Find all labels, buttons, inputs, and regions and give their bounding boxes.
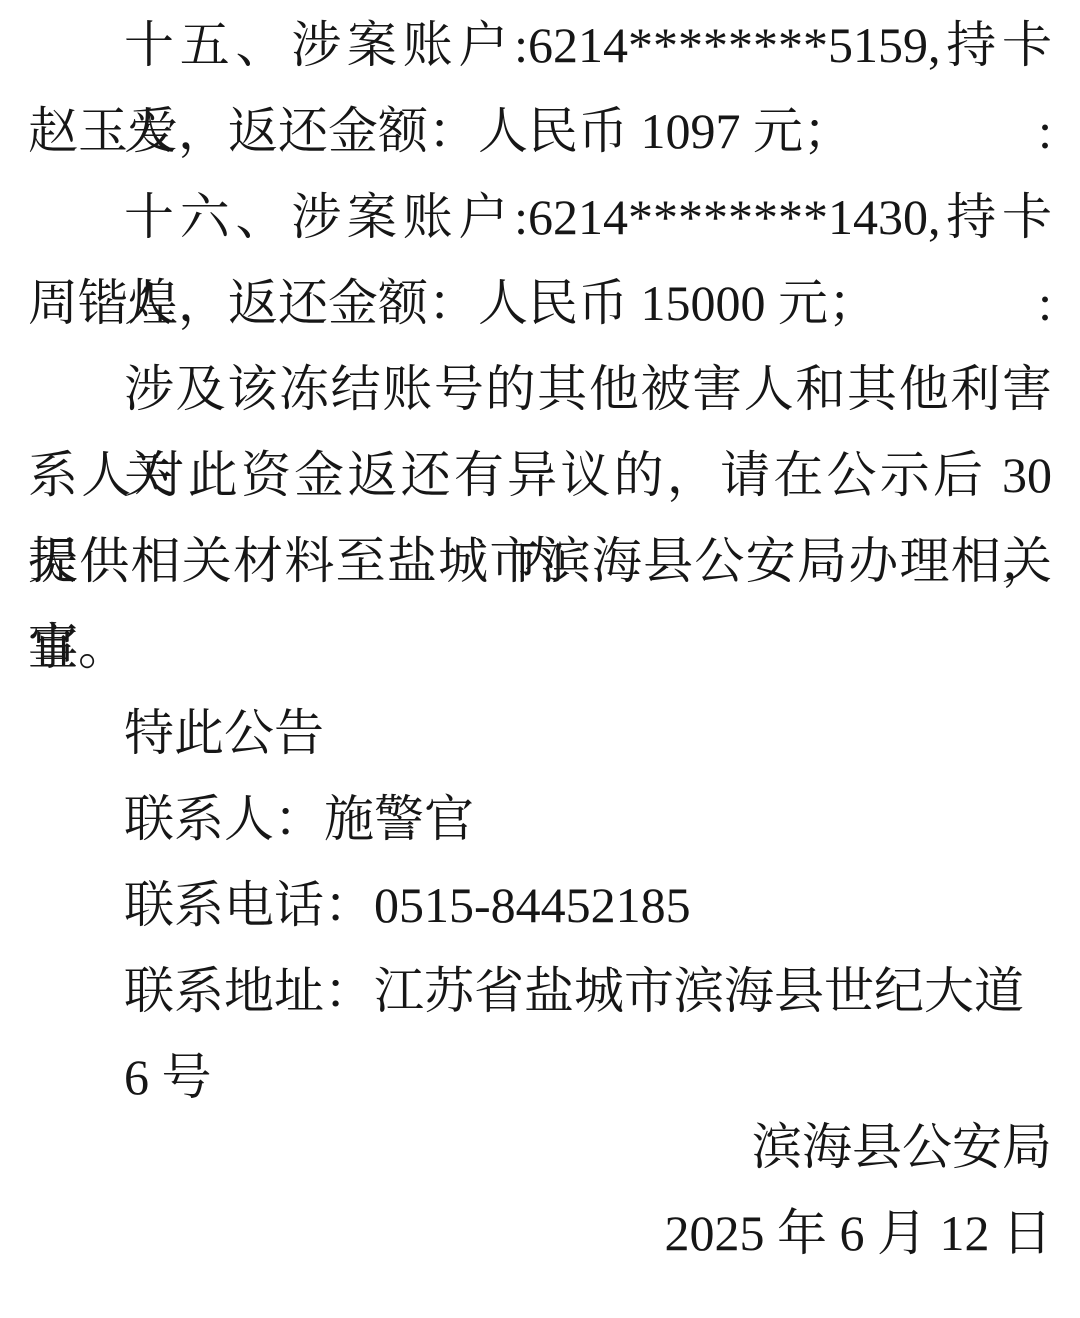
closing-statement: 特此公告 bbox=[28, 690, 1052, 776]
objection-paragraph-line-3: 提供相关材料至盐城市滨海县公安局办理相关事 bbox=[28, 518, 1052, 604]
account-line-15: 十五、涉案账户:6214********5159,持卡人: bbox=[28, 2, 1052, 88]
objection-paragraph-line-1: 涉及该冻结账号的其他被害人和其他利害关 bbox=[28, 346, 1052, 432]
objection-paragraph-line-2: 系人对此资金返还有异议的，请在公示后 30 天内， bbox=[28, 432, 1052, 518]
objection-paragraph-line-4: 宜。 bbox=[28, 604, 1052, 690]
contact-person-line: 联系人：施警官 bbox=[28, 776, 1052, 862]
contact-phone-line: 联系电话：0515-84452185 bbox=[28, 862, 1052, 948]
date-line: 2025 年 6 月 12 日 bbox=[28, 1190, 1052, 1276]
account-line-16: 十六、涉案账户:6214********1430,持卡人: bbox=[28, 174, 1052, 260]
contact-address-line: 联系地址：江苏省盐城市滨海县世纪大道 6 号 bbox=[28, 948, 1052, 1034]
notice-document: 十五、涉案账户:6214********5159,持卡人: 赵玉爱，返还金额：人… bbox=[0, 0, 1080, 1318]
